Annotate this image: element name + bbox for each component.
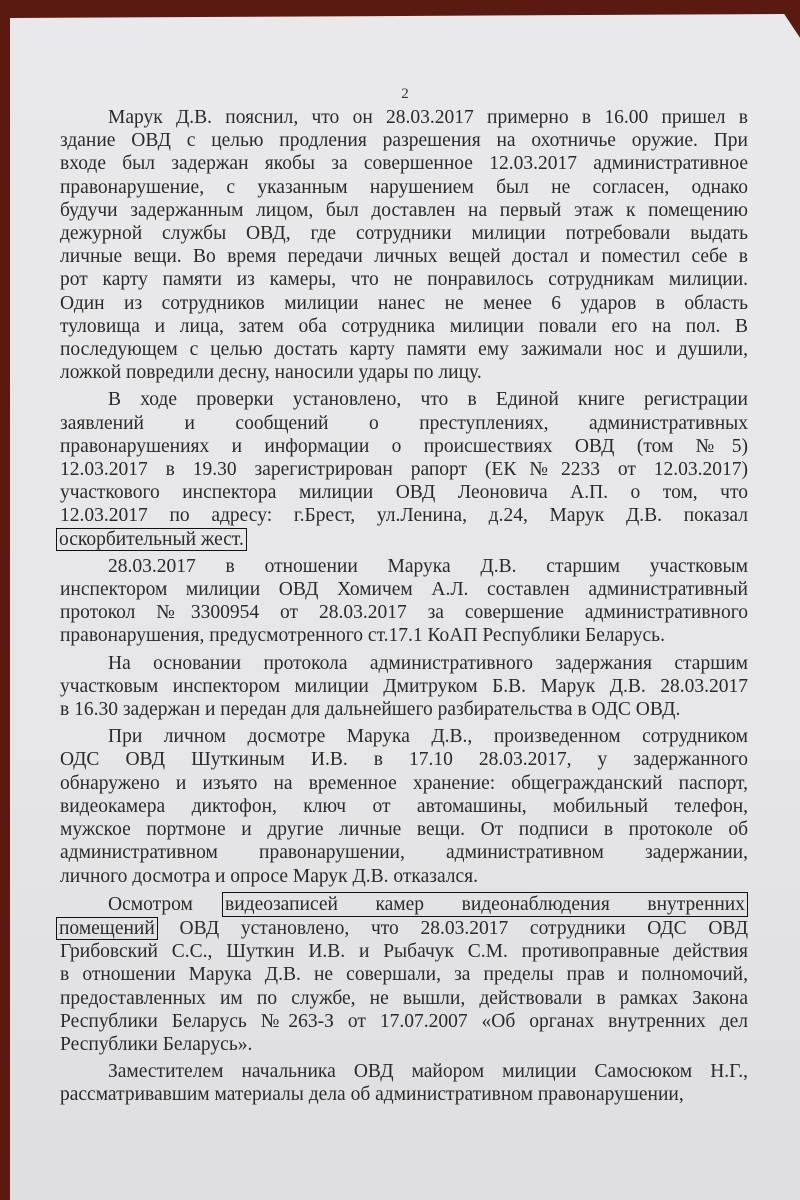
text-line: туловища и лица, затем оба сотрудника ми… [60,315,748,338]
text-line: административном правонарушении, админис… [60,841,748,864]
text-line: Осмотром видеозаписей камер видеонаблюде… [60,892,748,917]
paragraph: Осмотром видеозаписей камер видеонаблюде… [60,892,748,1056]
paragraph: На основании протокола административного… [60,652,748,722]
text-line: рот карту памяти из камеры, что не понра… [60,268,748,291]
line-prefix: Осмотром [108,894,208,915]
text-line: заявлений и сообщений о преступлениях, а… [60,412,748,435]
text-line: протокол №3300954 от 28.03.2017 за совер… [60,601,748,624]
text-line: На основании протокола административного… [60,652,748,675]
page-number: 2 [10,86,800,103]
text-line: будучи задержанным лицом, был доставлен … [60,199,748,222]
text-line: правонарушения, предусмотренного ст.17.1… [60,624,748,647]
text-line: дежурной службы ОВД, где сотрудники мили… [60,222,748,245]
paragraph: Заместителем начальника ОВД майором мили… [60,1060,748,1106]
text-line: помещений ОВД установлено, что 28.03.201… [60,917,748,940]
text-line: предоставленных им по службе, не вышли, … [60,987,748,1010]
text-line: ОДС ОВД Шуткиным И.В. в 17.10 28.03.2017… [60,748,748,771]
text-line: видеокамера диктофон, ключ от автомашины… [60,795,748,818]
document-page: 2 Марук Д.В. пояснил, что он 28.03.2017 … [10,14,800,1200]
text-line: правонарушение, с указанным нарушением б… [60,176,748,199]
text-line: последующем с целью достать карту памяти… [60,338,748,361]
text-line: участковым инспектором милиции Дмитруком… [60,675,748,698]
text-line: При личном досмотре Марука Д.В., произве… [60,725,748,748]
text-line: В ходе проверки установлено, что в Едино… [60,388,748,411]
highlight-box: помещений [56,917,158,940]
text-line: обнаружено и изъято на временное хранени… [60,772,748,795]
text-line: Республики Беларусь». [60,1033,748,1056]
text-line: участкового инспектора милиции ОВД Леоно… [60,481,748,504]
highlight-box: видеозаписей камер видеонаблюдения внутр… [222,892,748,917]
text-line: входе был задержан якобы за совершенное … [60,152,748,175]
text-line: Марук Д.В. пояснил, что он 28.03.2017 пр… [60,106,748,129]
text-line: 12.03.2017 в 19.30 зарегистрирован рапор… [60,458,748,481]
text-line: личные вещи. Во время передачи личных ве… [60,245,748,268]
text-line: рассматривавшим материалы дела об админи… [60,1083,748,1106]
text-line: Один из сотрудников милиции нанес не мен… [60,292,748,315]
text-line: ложкой повредили десну, наносили удары п… [60,361,748,384]
text-line: 28.03.2017 в отношении Марука Д.В. старш… [60,555,748,578]
text-line: 12.03.2017 по адресу: г.Брест, ул.Ленина… [60,504,748,527]
text-line: оскорбительный жест. [60,528,748,551]
paragraph: При личном досмотре Марука Д.В., произве… [60,725,748,887]
paragraph: 28.03.2017 в отношении Марука Д.В. старш… [60,555,748,648]
text-line: здание ОВД с целью продления разрешения … [60,129,748,152]
text-line: личного досмотра и опросе Марук Д.В. отк… [60,865,748,888]
text-line: в отношении Марука Д.В. не совершали, за… [60,963,748,986]
highlight-box: оскорбительный жест. [56,528,247,551]
paragraph: В ходе проверки установлено, что в Едино… [60,388,748,550]
text-line: в 16.30 задержан и передан для дальнейше… [60,698,748,721]
text-line: мужское портмоне и другие личные вещи. О… [60,818,748,841]
text-line: Заместителем начальника ОВД майором мили… [60,1060,748,1083]
text-line: правонарушениях и информации о происшест… [60,435,748,458]
text-line: Грибовский С.С., Шуткин И.В. и Рыбачук С… [60,940,748,963]
text-line: инспектором милиции ОВД Хомичем А.Л. сос… [60,578,748,601]
text-line: Республики Беларусь №263-З от 17.07.2007… [60,1010,748,1033]
paragraph: Марук Д.В. пояснил, что он 28.03.2017 пр… [60,106,748,384]
document-body: Марук Д.В. пояснил, что он 28.03.2017 пр… [60,106,748,1107]
